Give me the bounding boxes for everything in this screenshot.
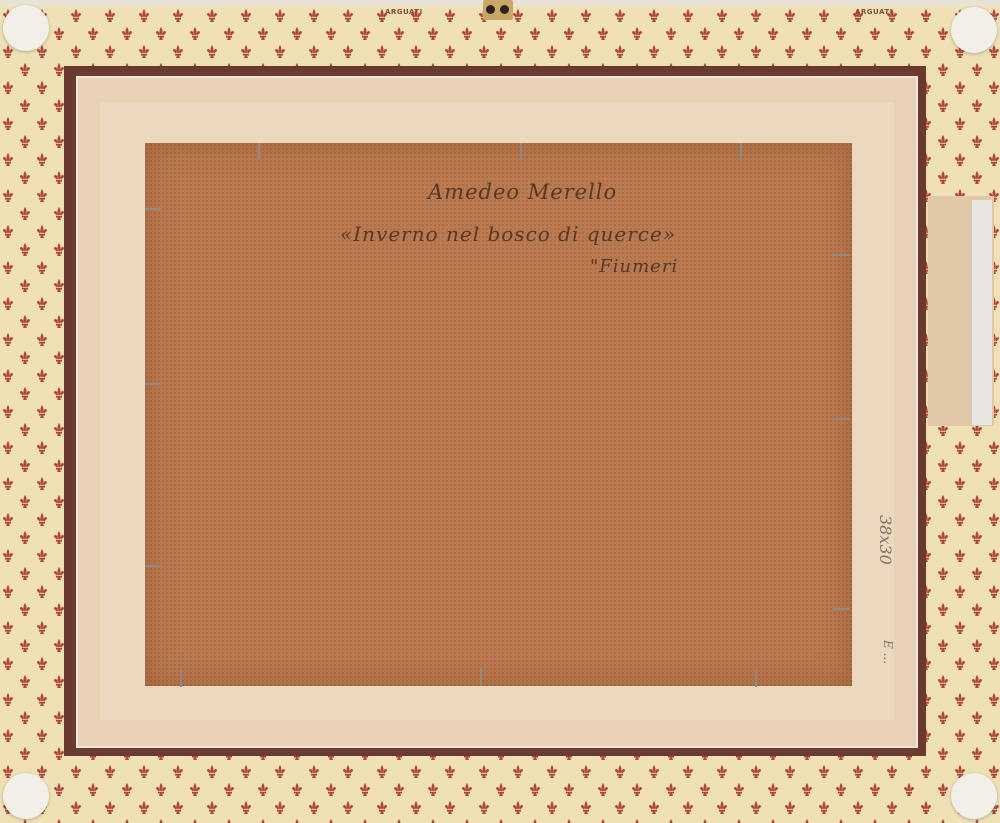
staple [740, 143, 742, 160]
staple [520, 143, 522, 160]
framed-painting-back-photo: Amedeo Merello «Inverno nel bosco di que… [0, 0, 1000, 823]
staple [145, 383, 162, 385]
staple [755, 670, 757, 687]
staple [145, 208, 162, 210]
title-inscription: «Inverno nel bosco di querce» [340, 222, 676, 246]
staple [258, 143, 260, 160]
felt-bumper-top-right [951, 7, 997, 53]
felt-bumper-top-left [3, 5, 49, 51]
staple [180, 670, 182, 687]
torn-paper-white [972, 200, 992, 425]
frame-maker-label-right: ARGUATI [855, 8, 893, 16]
staple [145, 565, 162, 567]
sawtooth-hanger-icon [483, 0, 513, 20]
frame-maker-label-left: ARGUATI [385, 8, 423, 16]
artist-inscription: Amedeo Merello [428, 180, 617, 204]
felt-bumper-bottom-right [951, 773, 997, 819]
felt-bumper-bottom-left [3, 773, 49, 819]
place-inscription: "Fiumeri [590, 256, 678, 277]
dimensions-inscription: 38x30 [876, 515, 895, 565]
staple [833, 254, 850, 256]
staple [833, 418, 850, 420]
staple [833, 608, 850, 610]
pencil-mark: E ... [881, 640, 895, 664]
staple [480, 668, 482, 685]
